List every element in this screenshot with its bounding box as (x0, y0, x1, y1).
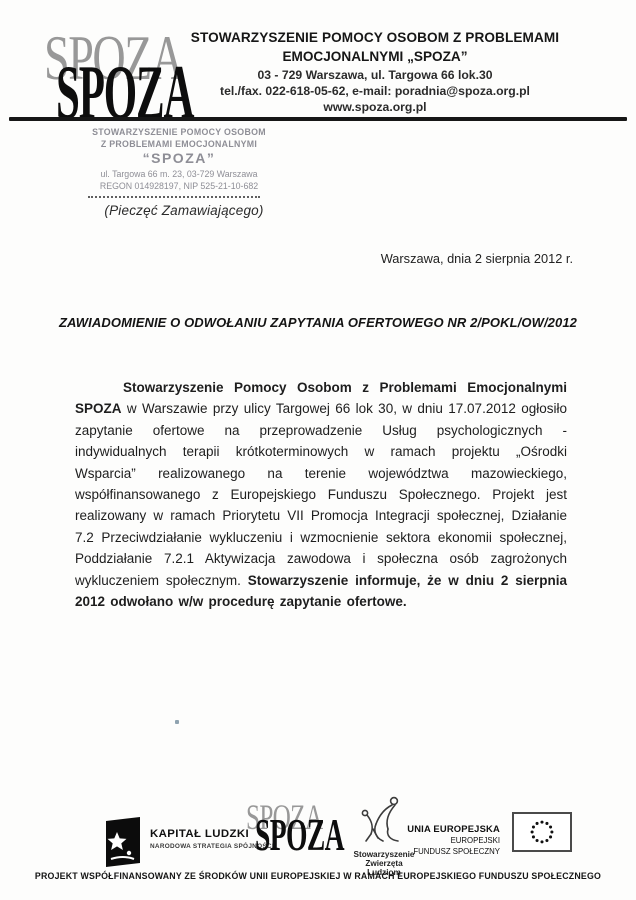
scanned-letter-page: SPOZA SPOZA STOWARZYSZENIE POMOCY OSOBOM… (0, 0, 636, 900)
body-middle: w Warszawie przy ulicy Targowej 66 lok 3… (75, 401, 567, 587)
stamp-line1: STOWARZYSZENIE POMOCY OSOBOM (86, 127, 272, 137)
eu-label-line3: FUNDUSZ SPOŁECZNY (388, 847, 500, 856)
letter-body-paragraph: Stowarzyszenie Pomocy Osobom z Problemam… (75, 377, 567, 612)
org-website: www.spoza.org.pl (190, 100, 560, 114)
organization-header: STOWARZYSZENIE POMOCY OSOBOM Z PROBLEMAM… (190, 30, 560, 114)
org-name-line2: EMOCJONALNYMI „SPOZA” (190, 49, 560, 64)
stamp-line2: Z PROBLEMAMI EMOCJONALNYMI (86, 139, 272, 149)
eu-label-line1: UNIA EUROPEJSKA (388, 823, 500, 834)
header-divider-line (9, 117, 627, 121)
org-address: 03 - 729 Warszawa, ul. Targowa 66 lok.30 (190, 68, 560, 82)
spoza-header-logo: SPOZA SPOZA (42, 20, 192, 120)
scan-speck (175, 720, 179, 724)
stamp-line5: REGON 014928197, NIP 525-21-10-682 (86, 181, 272, 191)
eu-label-line2: EUROPEJSKI (388, 836, 500, 845)
spoza-footer-logo: SPOZA SPOZA (246, 797, 346, 859)
spoza-footer-black-text: SPOZA (255, 812, 344, 858)
stamp-line3: “SPOZA” (86, 150, 272, 166)
stamp-dotted-line (88, 196, 260, 198)
document-title: ZAWIADOMIENIE O ODWOŁANIU ZAPYTANIA OFER… (0, 315, 636, 330)
org-name-line1: STOWARZYSZENIE POMOCY OSOBOM Z PROBLEMAM… (190, 30, 560, 45)
kapital-ludzki-flag-icon (103, 816, 143, 868)
footer-cofinancing-text: PROJEKT WSPÓŁFINANSOWANY ZE ŚRODKÓW UNII… (0, 871, 636, 881)
stamp-line4: ul. Targowa 66 m. 23, 03-729 Warszawa (86, 169, 272, 179)
stamp-caption: (Pieczęć Zamawiającego) (86, 203, 282, 218)
eu-label: UNIA EUROPEJSKA EUROPEJSKI FUNDUSZ SPOŁE… (388, 823, 500, 856)
org-contact: tel./fax. 022-618-05-62, e-mail: poradni… (190, 84, 560, 98)
organization-stamp: STOWARZYSZENIE POMOCY OSOBOM Z PROBLEMAM… (86, 127, 272, 191)
date-line: Warszawa, dnia 2 sierpnia 2012 r. (381, 251, 573, 266)
eu-flag-icon (512, 812, 572, 852)
